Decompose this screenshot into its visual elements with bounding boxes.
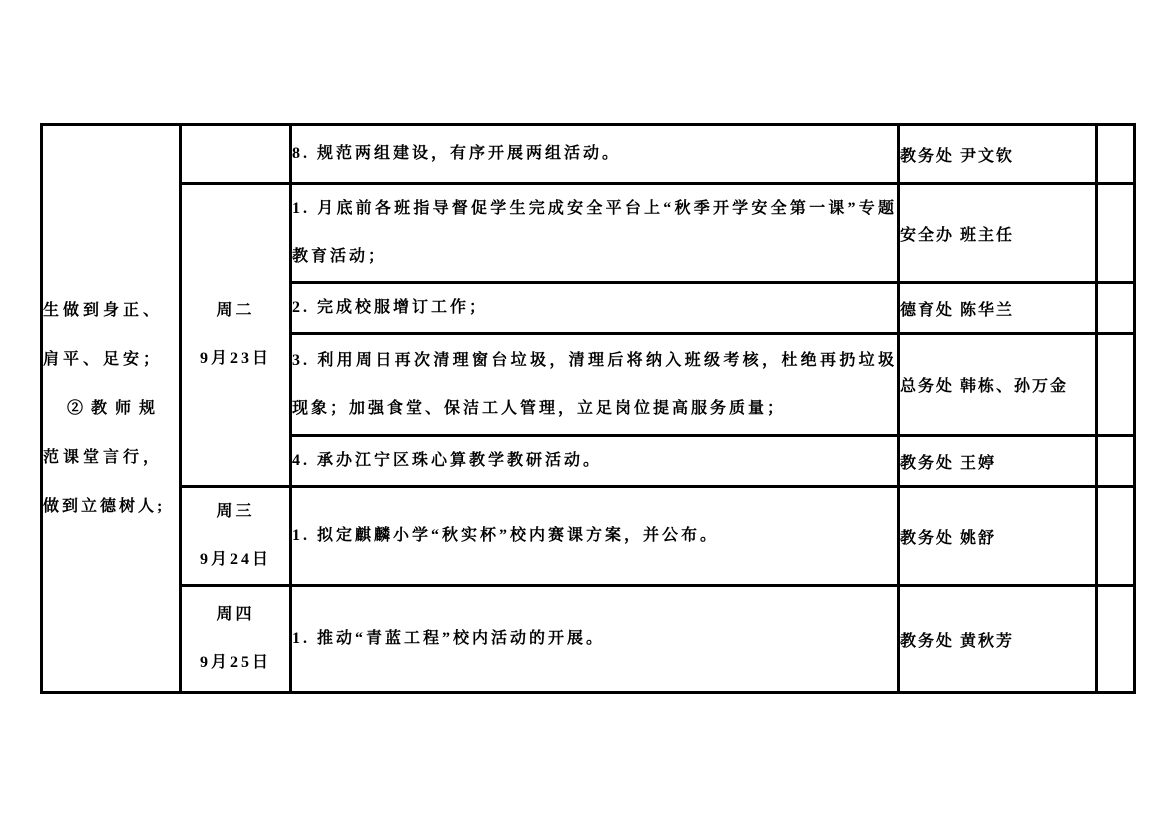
check-cell <box>1097 436 1135 487</box>
task-cell: 4. 承办江宁区珠心算教学教研活动。 <box>291 436 899 487</box>
note-line: 范课堂言行， <box>43 433 179 482</box>
owner-cell: 总务处 韩栋、孙万金 <box>899 334 1097 436</box>
document-page: 生做到身正、 肩平、足安； ②教师规 范课堂言行， 做到立德树人; 8. 规范两… <box>0 0 1170 827</box>
owner-cell: 教务处 姚舒 <box>899 487 1097 586</box>
task-cell: 3. 利用周日再次清理窗台垃圾，清理后将纳入班级考核，杜绝再扔垃圾现象；加强食堂… <box>291 334 899 436</box>
owner-cell: 教务处 王婷 <box>899 436 1097 487</box>
owner-cell: 教务处 黄秋芳 <box>899 586 1097 693</box>
date-label: 9月23日 <box>182 335 289 383</box>
check-cell <box>1097 334 1135 436</box>
weekday-label: 周四 <box>182 591 289 639</box>
check-cell <box>1097 487 1135 586</box>
day-cell-tuesday: 周二 9月23日 <box>181 184 291 487</box>
note-line: 肩平、足安； <box>43 335 179 384</box>
task-cell: 1. 拟定麒麟小学“秋实杯”校内赛课方案，并公布。 <box>291 487 899 586</box>
check-cell <box>1097 125 1135 184</box>
owner-cell: 安全办 班主任 <box>899 184 1097 283</box>
day-cell-wednesday: 周三 9月24日 <box>181 487 291 586</box>
task-cell: 2. 完成校服增订工作； <box>291 283 899 334</box>
date-label: 9月24日 <box>182 536 289 584</box>
check-cell <box>1097 283 1135 334</box>
task-cell: 8. 规范两组建设，有序开展两组活动。 <box>291 125 899 184</box>
day-cell-empty <box>181 125 291 184</box>
owner-cell: 德育处 陈华兰 <box>899 283 1097 334</box>
check-cell <box>1097 586 1135 693</box>
task-cell: 1. 月底前各班指导督促学生完成安全平台上“秋季开学安全第一课”专题教育活动； <box>291 184 899 283</box>
note-cell: 生做到身正、 肩平、足安； ②教师规 范课堂言行， 做到立德树人; <box>42 125 181 693</box>
note-line: ②教师规 <box>43 384 179 433</box>
date-label: 9月25日 <box>182 639 289 687</box>
owner-cell: 教务处 尹文钦 <box>899 125 1097 184</box>
weekday-label: 周三 <box>182 488 289 536</box>
weekday-label: 周二 <box>182 287 289 335</box>
note-line: 生做到身正、 <box>43 286 179 335</box>
note-line: 做到立德树人; <box>43 482 179 531</box>
weekly-schedule-table: 生做到身正、 肩平、足安； ②教师规 范课堂言行， 做到立德树人; 8. 规范两… <box>40 123 1136 694</box>
check-cell <box>1097 184 1135 283</box>
day-cell-thursday: 周四 9月25日 <box>181 586 291 693</box>
task-cell: 1. 推动“青蓝工程”校内活动的开展。 <box>291 586 899 693</box>
